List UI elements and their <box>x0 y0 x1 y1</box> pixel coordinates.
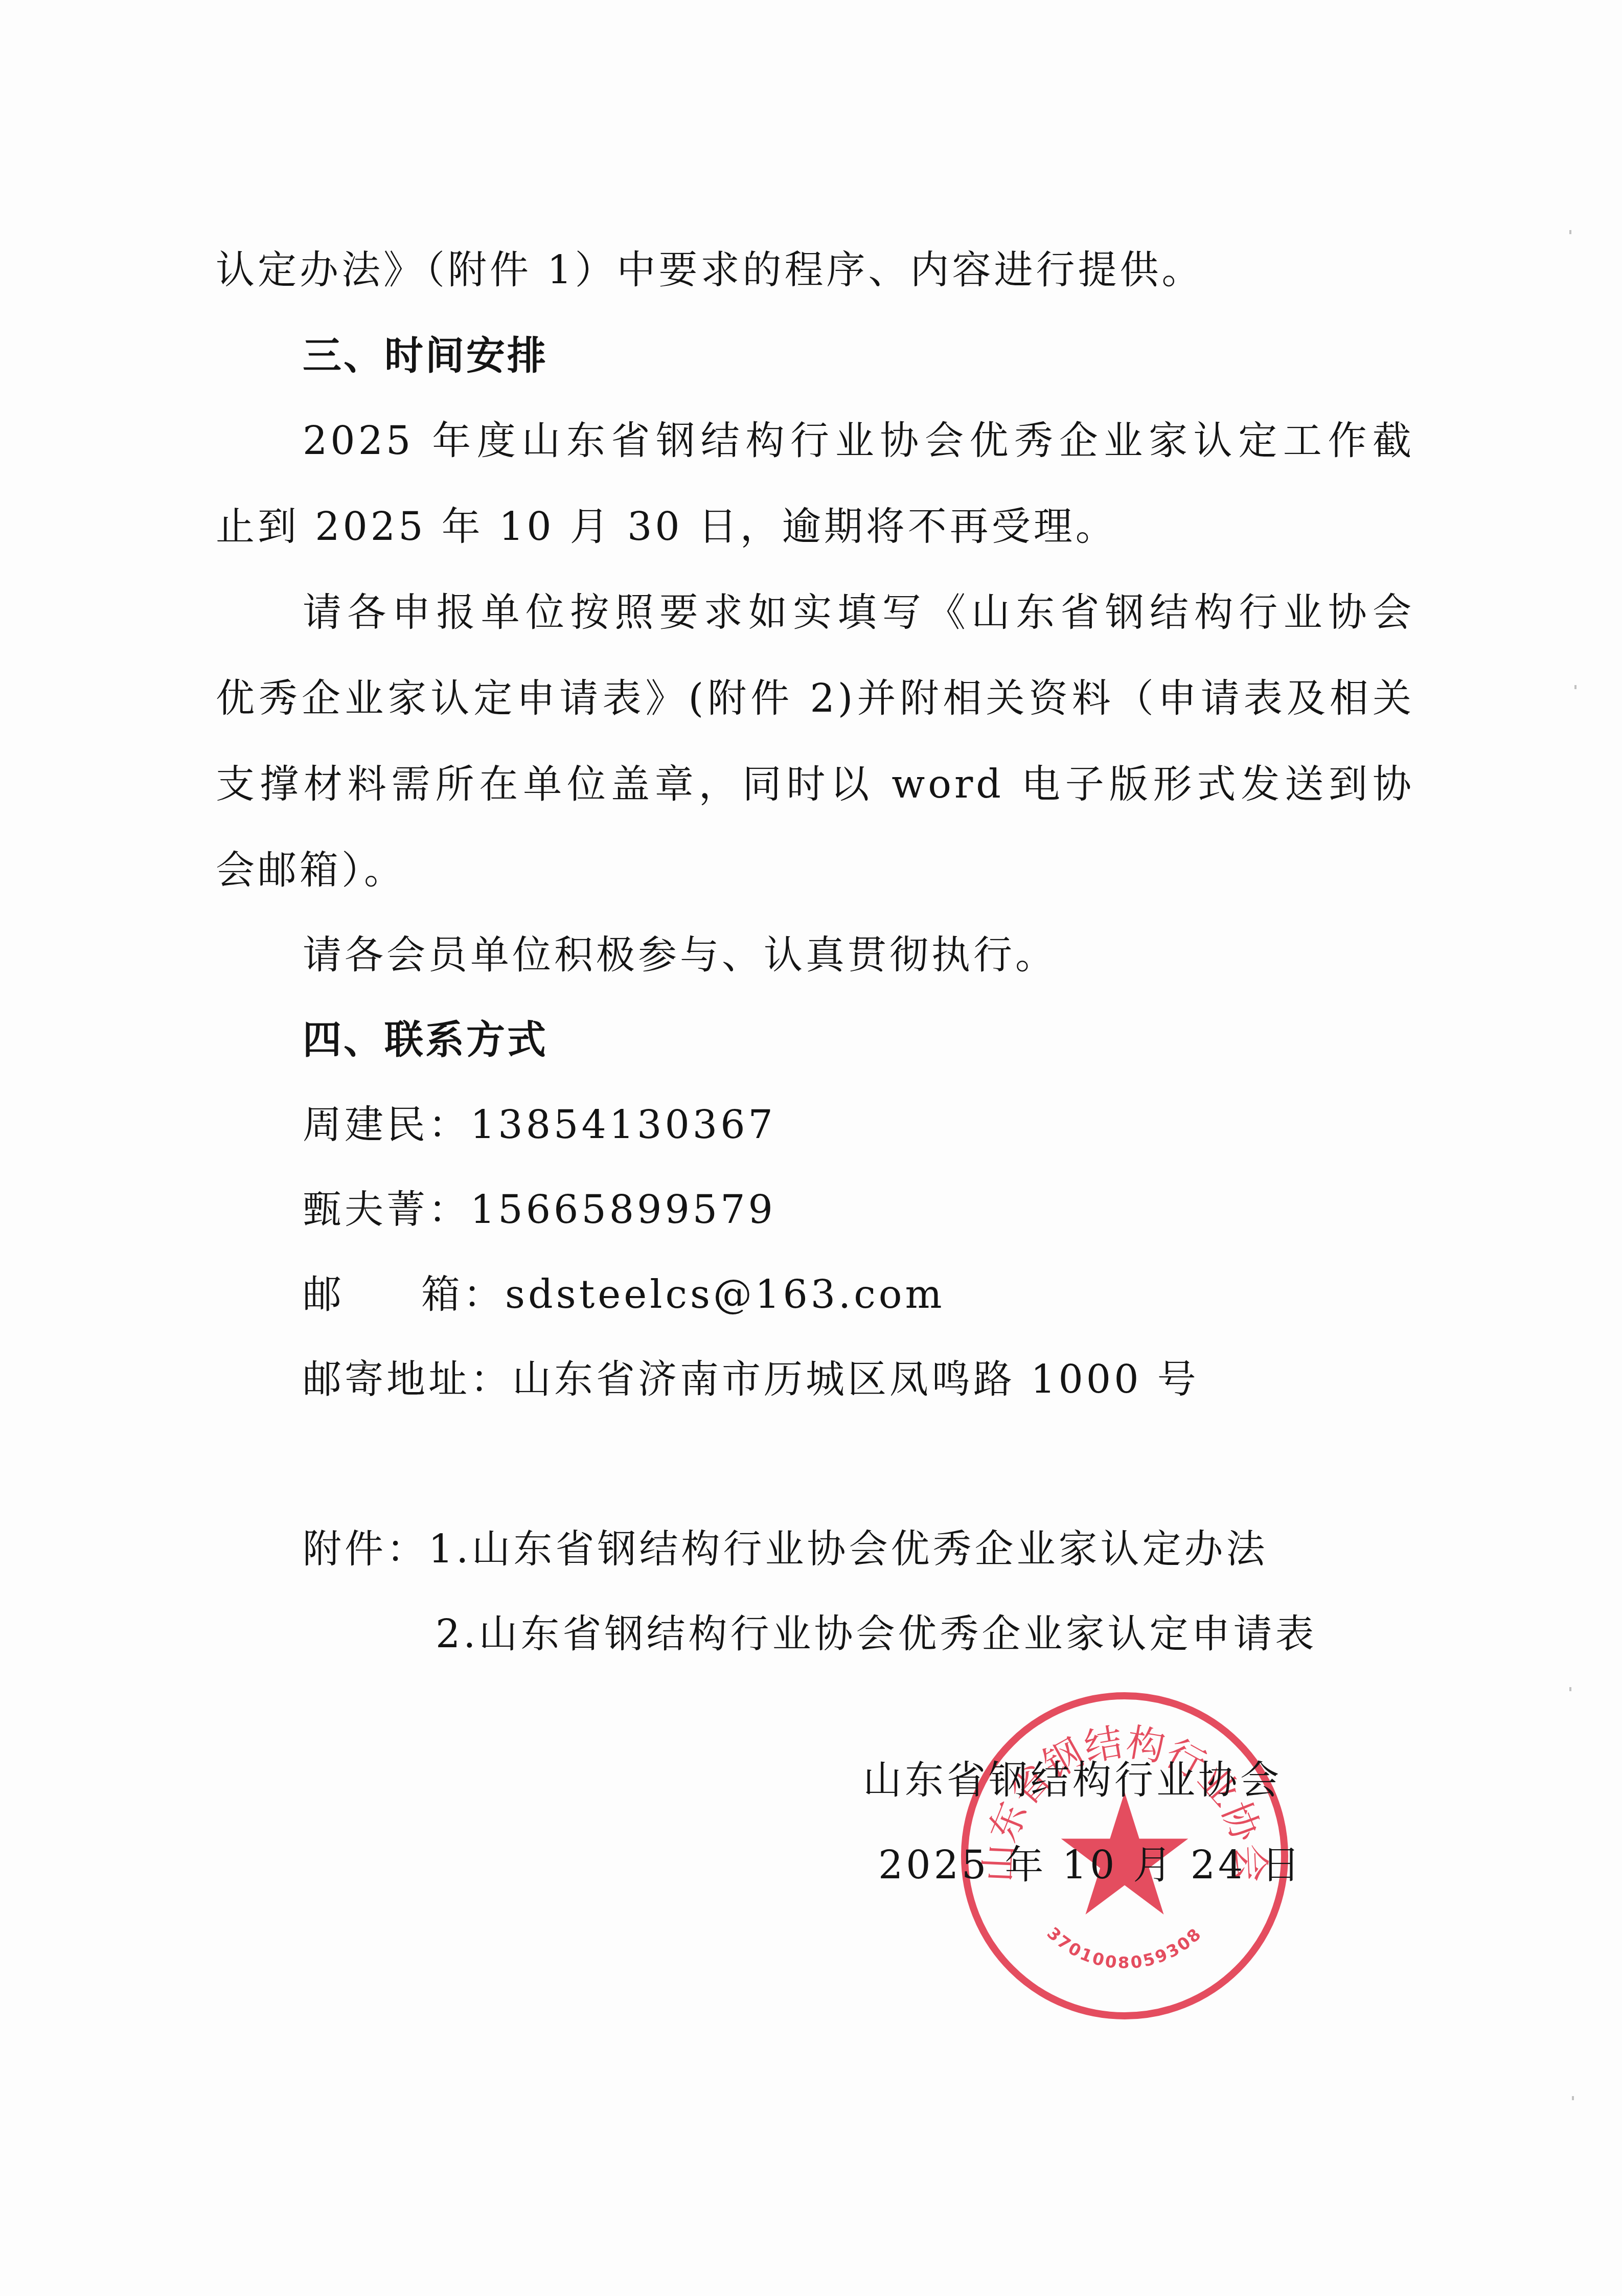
paragraph-application-line1: 请各申报单位按照要求如实填写《山东省钢结构行业协会 <box>303 587 1414 638</box>
attachment-item: 1.山东省钢结构行业协会优秀企业家认定办法 <box>428 1526 1268 1572</box>
document-page: 认定办法》（附件 1）中要求的程序、内容进行提供。 三、时间安排 2025 年度… <box>0 0 1622 2296</box>
contact-row-address: 邮寄地址：山东省济南市历城区凤鸣路 1000 号 <box>303 1354 1199 1405</box>
attachment-item: 2.山东省钢结构行业协会优秀企业家认定申请表 <box>436 1608 1317 1660</box>
paragraph-continuation: 认定办法》（附件 1）中要求的程序、内容进行提供。 <box>216 244 1204 295</box>
scan-speck <box>1569 1687 1571 1691</box>
address-label: 邮寄地址： <box>303 1356 512 1402</box>
email-address[interactable]: sdsteelcs@163.com <box>505 1271 945 1317</box>
mailing-address: 山东省济南市历城区凤鸣路 1000 号 <box>512 1356 1199 1402</box>
section-heading-schedule: 三、时间安排 <box>303 330 548 381</box>
paragraph-schedule-line1: 2025 年度山东省钢结构行业协会优秀企业家认定工作截 <box>303 415 1414 466</box>
scan-speck <box>1574 685 1577 689</box>
contact-row: 周建民：13854130367 <box>303 1099 776 1150</box>
paragraph-application-line4: 会邮箱）。 <box>216 845 406 896</box>
paragraph-application-line3: 支撑材料需所在单位盖章，同时以 word 电子版形式发送到协 <box>216 759 1414 810</box>
contact-phone: 13854130367 <box>470 1102 776 1147</box>
email-label-part1: 邮 <box>303 1271 345 1317</box>
paragraph-schedule-line2: 止到 2025 年 10 月 30 日，逾期将不再受理。 <box>216 501 1117 552</box>
attachment-row: 附件：1.山东省钢结构行业协会优秀企业家认定办法 <box>303 1524 1268 1575</box>
signature-date: 2025 年 10 月 24 日 <box>878 1839 1304 1891</box>
paragraph-application-line2: 优秀企业家认定申请表》(附件 2)并附相关资料（申请表及相关 <box>216 673 1414 724</box>
section-heading-contact: 四、联系方式 <box>303 1014 548 1065</box>
attachments-label: 附件： <box>303 1526 428 1572</box>
contact-name: 周建民： <box>303 1102 470 1147</box>
contact-row: 甄夫菁：15665899579 <box>303 1184 776 1235</box>
scan-speck <box>1572 2096 1574 2100</box>
paragraph-call-to-action: 请各会员单位积极参与、认真贯彻执行。 <box>303 929 1057 981</box>
seal-code: 3701008059308 <box>1043 1923 1206 1972</box>
email-label-part2: 箱： <box>421 1271 505 1317</box>
scan-speck <box>1569 230 1571 234</box>
contact-phone: 15665899579 <box>470 1187 776 1232</box>
contact-row-email: 邮箱：sdsteelcs@163.com <box>303 1269 945 1320</box>
signature-organization: 山东省钢结构行业协会 <box>863 1755 1282 1806</box>
contact-name: 甄夫菁： <box>303 1187 470 1232</box>
